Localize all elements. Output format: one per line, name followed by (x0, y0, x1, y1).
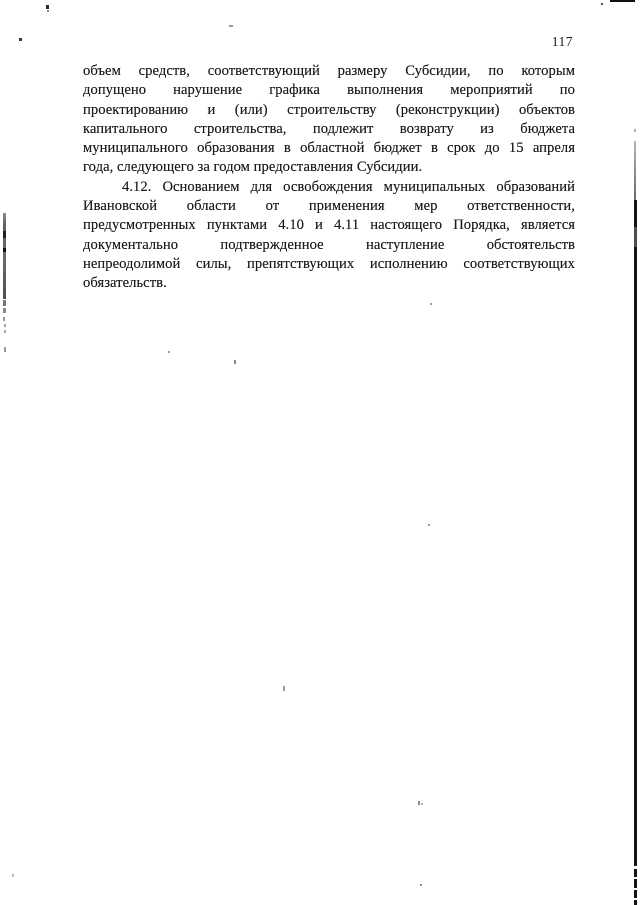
scan-speck (283, 686, 285, 691)
scan-speck (19, 38, 22, 41)
scan-line-gap (633, 898, 637, 900)
scan-speck (234, 360, 236, 364)
scan-speck (229, 25, 233, 27)
scan-line-gap (633, 877, 637, 879)
text-line: муниципального образования в областной б… (83, 139, 575, 158)
scan-line-gap (633, 866, 637, 869)
text-line: года, следующего за годом предоставления… (83, 158, 575, 177)
scan-dash (4, 330, 6, 333)
scan-speck (428, 524, 430, 526)
page-number: 117 (552, 35, 573, 49)
text-line: капитального строительства, подлежит воз… (83, 120, 575, 139)
scan-dash-top-right (610, 0, 635, 2)
scan-speck (634, 129, 636, 132)
scan-dash (3, 308, 6, 313)
scan-speck (12, 874, 14, 877)
paragraph: 4.12. Основанием для освобождения муници… (83, 178, 575, 294)
scan-dash (4, 347, 6, 352)
scan-speck (46, 5, 49, 9)
text-line: Ивановской области от применения мер отв… (83, 197, 575, 216)
text-line: непреодолимой силы, препятствующих испол… (83, 255, 575, 274)
scan-line-right-fade (634, 141, 636, 200)
scan-line-left-dark (3, 248, 6, 252)
scan-speck (418, 801, 420, 805)
scan-speck (420, 884, 422, 886)
scan-line-right (634, 200, 637, 905)
paragraph: объем средств, соответствующий размеру С… (83, 62, 575, 178)
scan-line-left (3, 213, 6, 299)
scan-speck (601, 3, 603, 5)
scan-line-left-dark (3, 231, 6, 238)
text-line: документально подтвержденное наступление… (83, 236, 575, 255)
document-page: 117 объем средств, соответствующий разме… (0, 0, 640, 905)
text-line: допущено нарушение графика выполнения ме… (83, 81, 575, 100)
body-text: объем средств, соответствующий размеру С… (83, 62, 575, 294)
scan-speck (430, 303, 432, 305)
scan-speck (47, 10, 49, 12)
text-line: проектированию и (или) строительству (ре… (83, 101, 575, 120)
text-line: предусмотренных пунктами 4.10 и 4.11 нас… (83, 216, 575, 235)
scan-line-right-light (634, 227, 637, 247)
text-line: объем средств, соответствующий размеру С… (83, 62, 575, 81)
scan-dash (3, 317, 5, 321)
scan-speck (168, 351, 170, 353)
scan-dash (4, 324, 6, 327)
scan-line-gap (633, 888, 637, 890)
scan-speck (421, 803, 423, 805)
text-line: 4.12. Основанием для освобождения муници… (83, 178, 575, 197)
text-line: обязательств. (83, 274, 575, 293)
scan-dash (3, 300, 6, 306)
